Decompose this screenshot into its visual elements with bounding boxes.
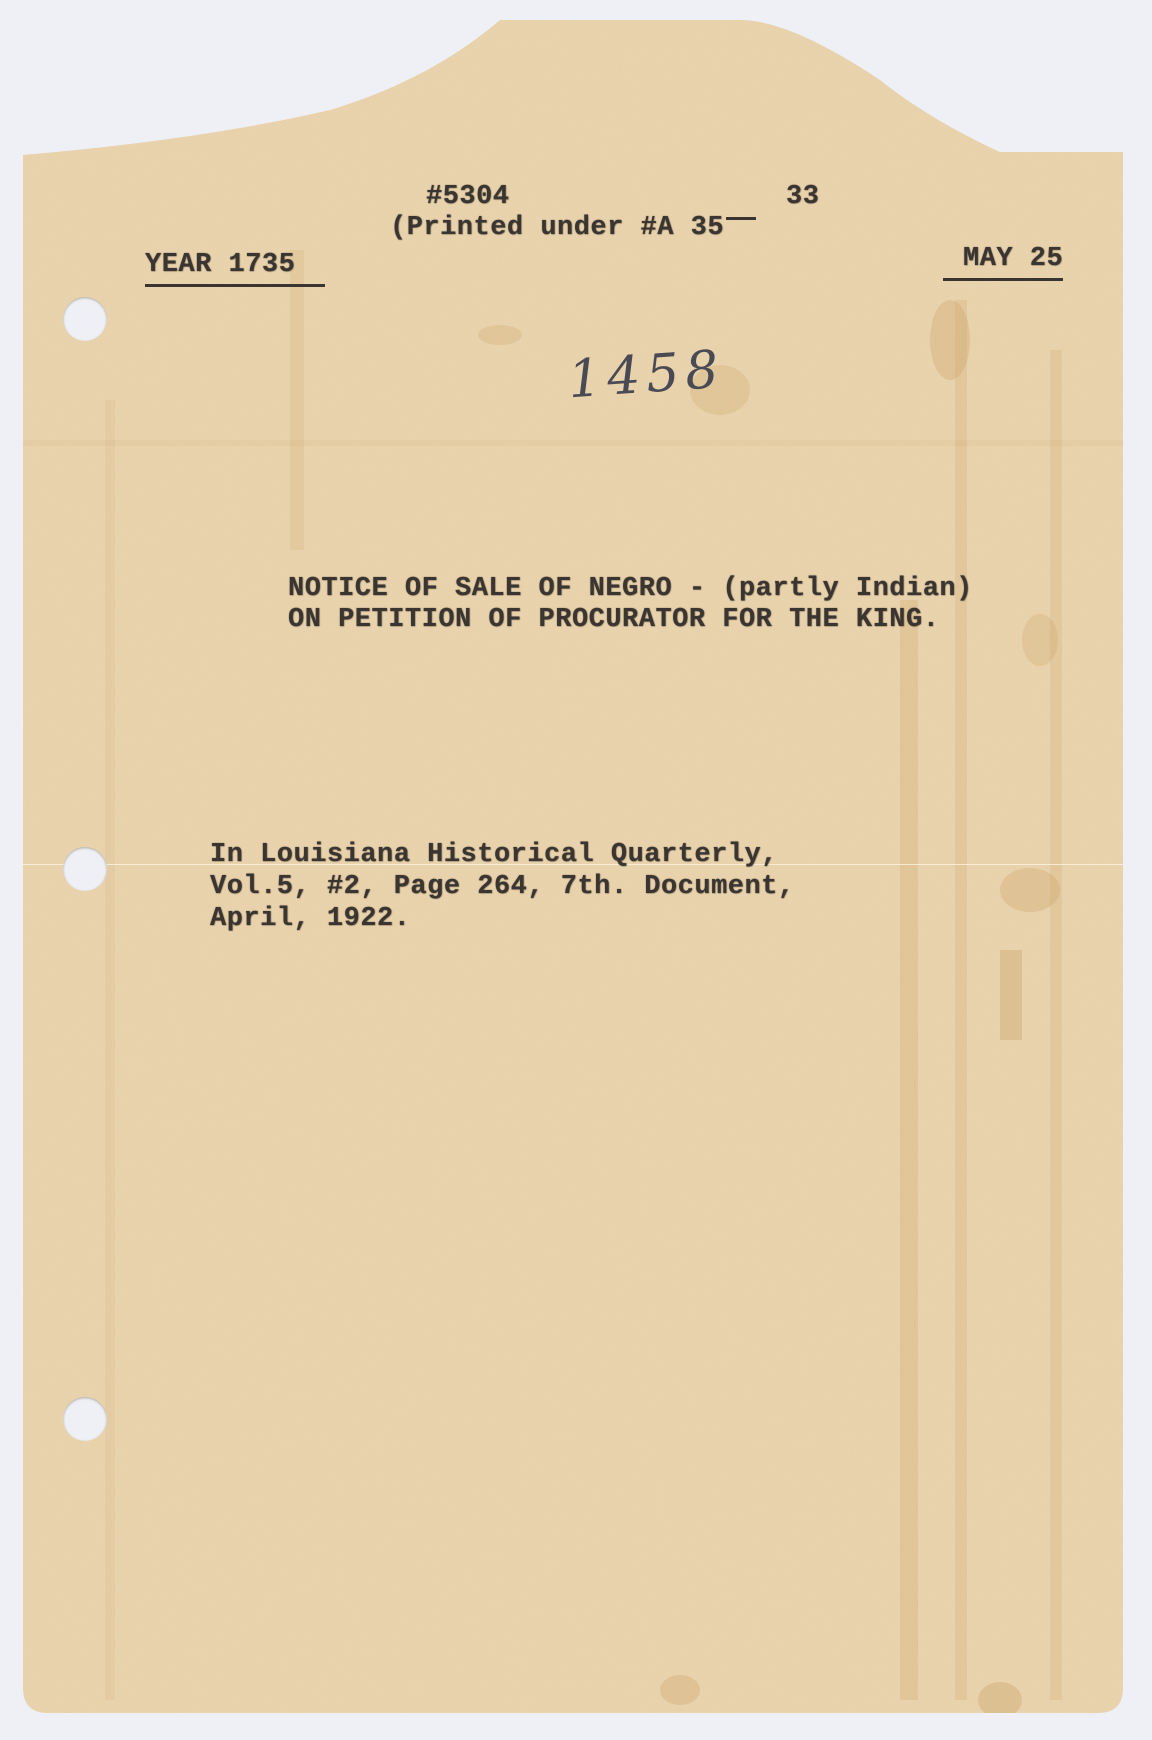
fraction-bar: [726, 217, 756, 220]
date-label: MAY 25: [943, 244, 1063, 281]
year-text: YEAR 1735: [145, 250, 295, 280]
binder-hole-top: [63, 297, 107, 341]
binder-hole-bottom: [63, 1397, 107, 1441]
printed-under-text: (Printed under #A 35: [390, 213, 724, 243]
year-label: YEAR 1735: [145, 250, 325, 287]
date-text: MAY 25: [963, 244, 1063, 274]
catalog-number: #5304: [426, 182, 510, 212]
citation-line-1: In Louisiana Historical Quarterly,: [210, 840, 778, 870]
title-line-1: NOTICE OF SALE OF NEGRO - (partly Indian…: [288, 574, 973, 604]
printed-under-fraction: 33: [786, 182, 819, 212]
citation-line-2: Vol.5, #2, Page 264, 7th. Document,: [210, 872, 795, 902]
binder-hole-middle: [63, 847, 107, 891]
printed-under-note: (Printed under #A 35: [390, 213, 756, 243]
citation-line-3: April, 1922.: [210, 904, 410, 934]
handwritten-number: 1458: [566, 340, 726, 411]
title-line-2: ON PETITION OF PROCURATOR FOR THE KING.: [288, 605, 939, 635]
